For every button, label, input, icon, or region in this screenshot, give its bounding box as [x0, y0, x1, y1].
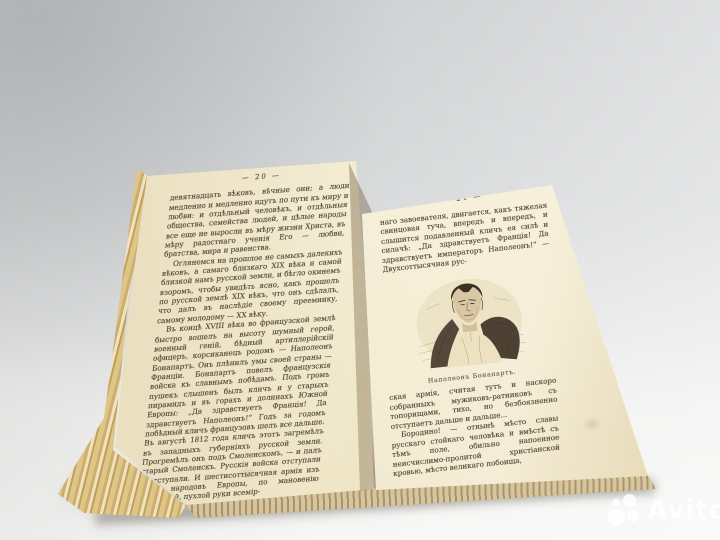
left-page-text-block: — 20 — девятнадцать вѣковъ, вѣчные они; …	[138, 166, 352, 504]
photo-scene: — 20 — девятнадцать вѣковъ, вѣчные они; …	[0, 0, 720, 540]
foxing-spot	[600, 300, 610, 307]
foxing-spot	[630, 240, 638, 246]
avito-watermark: Avito	[608, 493, 720, 529]
avito-wordmark: Avito	[647, 493, 720, 529]
left-page-paragraph: Въ концѣ XVIII вѣка во французской землѣ…	[138, 313, 336, 505]
napoleon-portrait-engraving	[403, 263, 535, 377]
right-page-text-block: — 21 — наго завоевателя, двигается, какъ…	[379, 185, 561, 478]
foxing-spot	[240, 470, 256, 477]
foxing-spot	[585, 420, 599, 428]
avito-logo-icon	[608, 493, 642, 529]
